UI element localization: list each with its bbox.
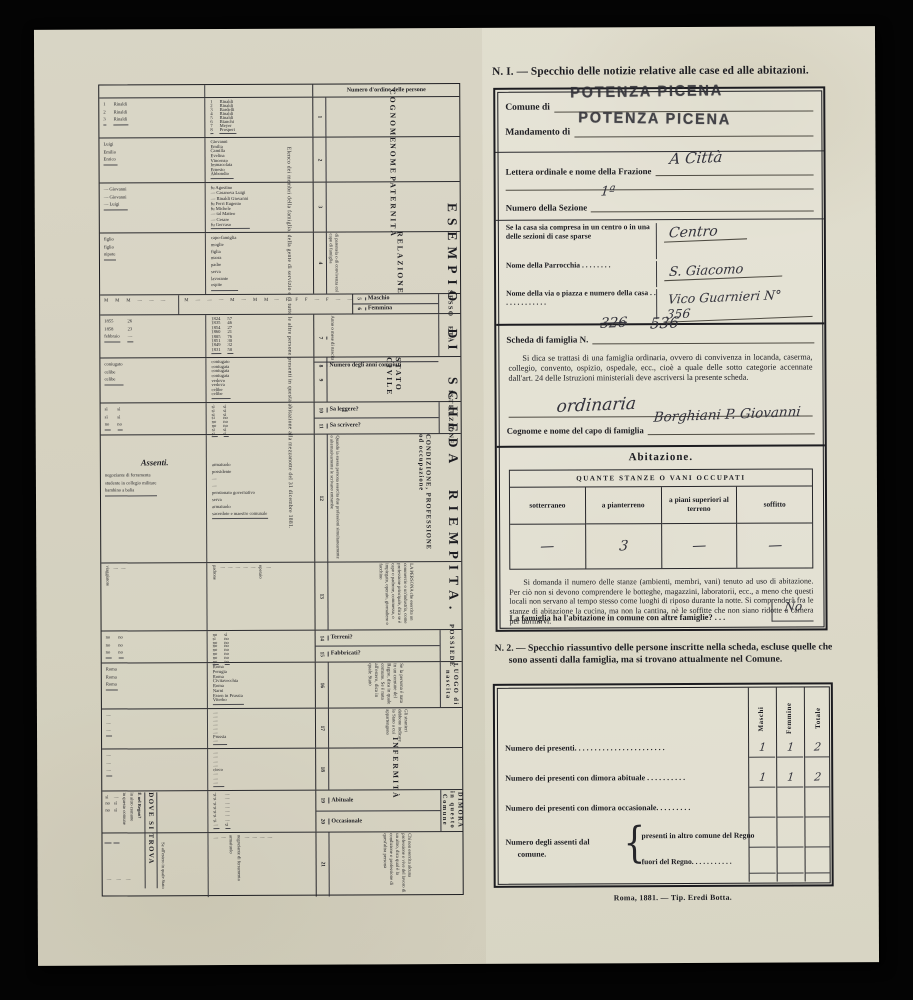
blank-line [506,188,814,190]
assenti-luogo_nascita: RomaRomaRoma [106,665,118,690]
members-zone: nosìnonononononosìnonononononono [208,631,316,662]
text: CONDIZIONE, PROFESSIONE od occupazione [417,434,432,561]
cell [777,830,803,847]
value: — [126,876,131,881]
value: 1858 [104,325,119,333]
members-sa_scrivere: sìsìsìnononosìsì [223,405,229,437]
sub-field-6: 6Femmina [353,303,438,313]
header-strip: 1COGNOME [313,97,459,137]
members-nome: GiovanniEmiliaCamillaEvelinaVincenzoImma… [210,140,233,179]
members-zone: ——armaiuolonegoziante di ferramenta———— [208,833,316,897]
value: — [149,297,154,302]
value: — [314,297,319,302]
value: — [121,565,126,570]
capo-line: Borghiani P. Giovanni [648,419,815,435]
field-label: NOME [326,137,459,182]
text: NOME [388,143,397,175]
value: no [106,634,111,642]
value: sì [114,801,119,806]
centro-value: Centro [664,222,748,242]
field-number: 11 [315,424,328,429]
members-zone: 12345678RinaldiRinaldiBardelliRinaldiRin… [205,98,313,137]
value: no [106,641,111,649]
field-number: 20 [316,819,329,824]
sub-field-7: 7Anno o mese di nascita [314,314,438,361]
field-sublabel: di parentela o di convivenza col capo di… [327,233,341,294]
dove-altro-values: —sìsì [113,792,120,843]
value: — [195,297,200,302]
field-number: 19 [316,798,329,803]
sezione-row: Numero della Sezione 1ª [506,196,814,212]
text: RELAZIONE [396,231,405,295]
value: armaiuolo [229,835,234,854]
assenti-infermita: ——— [106,752,112,777]
value: — [221,835,226,840]
members-zone: ————cieco——— [208,749,316,790]
value: Abbondio [211,172,233,177]
value: M [230,297,234,302]
capo-row: Cognome e nome del capo di famiglia Borg… [507,419,815,435]
mandamento-row: Mandamento di POTENZA PICENA [505,121,813,137]
value: nipote [104,250,116,258]
value: — [243,565,248,570]
assenti-zone [99,85,205,97]
value: — [106,712,111,720]
sub-field-5: 5Maschio [353,294,438,303]
value: sì [105,413,110,421]
col-header-totale: Totale [805,690,831,746]
value: fu Gervaso [211,222,249,227]
band-cognome: 123RinaldiRinaldiRinaldi12345678RinaldiR… [99,96,459,138]
assenti-femmina: ——— [137,297,165,302]
value: 26 [128,317,133,325]
assenti-sa_scrivere: sìsìno [117,405,123,430]
value: no [105,807,110,812]
field-number: 5 [353,298,366,301]
stanze-col-0: sotterraneo [510,487,585,524]
band-istruzione: sìsìnosìsìnosìsìsìsìnonosìsìsìsìsìnonono… [101,401,461,435]
assenti-maschio: MMM [104,297,130,302]
header-strip: 4di parentela o di convivenza col capo d… [314,232,460,294]
value: 3 [103,116,105,124]
value: figlio [104,243,116,251]
value: — [274,297,279,302]
text: Chi non esercita alcuna professione o vi… [381,833,412,895]
value: — [241,297,246,302]
row-assenti-label: Numero degli assenti dal [505,837,589,846]
value: no [105,421,110,429]
value: celibe [104,368,122,376]
members-anno_nascita: 18241835185418601805185118491831 [211,317,221,354]
value: M [184,297,188,302]
field-number: 21 [316,833,329,897]
assenti-anno_nascita: 18551858febbraio [104,317,120,342]
census-scan-1881: { "left_page": { "vertical_title": "ESEM… [0,0,913,1000]
scheda-label: Scheda di famiglia N. [506,334,588,344]
cell: 1 [749,741,775,758]
assenti-zone: sìsìnosìsìno [101,403,207,434]
dove-si-trova-block: sìnono—sìsìin questo comunein altro comu… [104,792,206,892]
members-stato_stranieri: ——————Prussia— [213,711,227,745]
row-assenti-label2: comune. [518,850,547,859]
members-capo_o_operaio: padrone—————operaio— [212,565,271,580]
categoria-value-wrap: ordinaria [557,395,637,415]
assenti-numbers: 123 [103,101,106,126]
field-number-text: 16 [319,682,325,687]
field-note: LA PERSONA che esercita un commercio o u… [328,562,461,630]
header-strip: 18INFERMITÀ [316,748,462,790]
members-professione_altrui: ——armaiuolonegoziante di ferramenta———— [213,835,272,881]
assenti-relazione: figliofiglionipote [104,235,117,260]
sub-field-label: Abituale [329,797,353,803]
section2-box: Maschi Femmine Totale Numero dei present… [493,682,834,887]
members-maschio: M———M—MM [184,297,268,302]
cell [749,801,775,818]
header-strip: 21Chi non esercita alcuna professione o … [316,832,462,897]
frazione-label: Lettera ordinale e nome della Frazione [506,166,652,177]
scheda-value: 536 [649,313,679,332]
cell [777,800,803,817]
header-strip: 3PATERNITÀ [314,182,460,232]
text: LA PERSONA che esercita un commercio o u… [376,563,413,628]
value: — [113,565,118,570]
cell: 1 [777,740,803,757]
value: — [251,565,256,570]
band-paternit-: — Giovanni— Giovanni— Luigifu Agostino— … [100,181,460,233]
members-paternita: fu Agostino— Casanova Luigi— Rinaldi Gio… [211,185,250,229]
sub-field-label: Anno o mese di nascita [327,315,335,362]
cell [750,857,776,874]
stanze-val-2: — [691,538,707,555]
value: M [253,297,257,302]
members-zone: RomaPerugiaRomaCivitavecchiaRomaNarniEss… [208,663,316,708]
value: Enrico [104,155,117,163]
field-number: 7 [314,337,327,340]
band-sesso: MMM———M———M—MM—FFF—F——5Maschio6FemminaSE… [100,293,460,315]
assenti-cognome: RinaldiRinaldiRinaldi [114,100,129,125]
members-zone: coniugatoconiugataconiugataconiugatavedo… [206,358,314,402]
value: — [207,297,212,302]
cell [749,831,775,848]
members-stato_civile: coniugatoconiugataconiugataconiugatavedo… [211,360,230,399]
abitazione-title: Abitazione. [497,450,825,463]
field-number-text: 19 [319,798,325,803]
field-number: 14 [316,635,329,640]
cell [805,800,829,817]
stanze-col-2: a piani superiori al terreno [661,487,736,524]
assenti-professione: negoziante di ferramentastudente in coll… [105,471,158,496]
field-label: PATERNITÀ [327,182,460,232]
sezione-value: 1ª [600,184,616,200]
parrocchia-row: Nome della Parrocchia . . . . . . . . S.… [506,260,814,287]
value: celibe [104,375,122,383]
centro-label: Se la casa sia compresa in un centro o i… [506,223,656,260]
dove-altro-label: in altro comune [129,792,135,852]
text: Se la persona è nata in un comune del Re… [365,663,403,706]
members-dimora_abituale: sìsìsìsìsìsìsì— [213,793,219,829]
header-strip: 13LA PERSONA che esercita un commercio o… [315,562,461,630]
assenti-sub1: presenti in altro comune del Regno [641,831,754,840]
vertical-page-title: ESEMPIO DI SCHEDA RIEMPITA. [444,203,463,783]
assenti-zone: 18551858febbraio2623— [100,315,206,357]
field-number: 2 [313,138,326,182]
divider-thick [497,444,825,447]
value: sì [225,823,230,827]
corner-header-text: Numero d'ordine delle persone [347,87,426,93]
section2-title: N. 2. — Specchio riassuntivo delle perso… [495,641,839,666]
comune-stamp: POTENZA PICENA [570,83,723,102]
value: — Luigi [104,200,127,208]
field-label: STATO CIVILE [327,357,460,402]
value: — [219,297,224,302]
categoria-value: ordinaria [556,394,637,417]
value: — [266,565,271,570]
via-value: Vico Guarnieri N° 356 [664,286,816,323]
value: 50 [228,348,233,352]
value: F [305,297,308,302]
field-number-text: 17 [319,725,325,730]
sezione-label: Numero della Sezione [506,202,587,212]
field-number-text: 1 [316,116,322,119]
value: — [235,565,240,570]
value: Rinaldi [114,115,128,123]
field-number: 1 [313,98,326,137]
field-number-text: 21 [320,862,326,867]
value: — Giovanni [104,193,127,201]
value: — [228,565,233,570]
sub-field-20: 20Occasionale [316,810,440,832]
cell [805,830,829,847]
assenti-paternita: — Giovanni— Giovanni— Luigi [104,185,128,210]
text: Quando la stessa persona esercita due pr… [329,436,341,561]
value: — [213,781,223,785]
field-number-text: 6 [356,308,362,311]
value: F [295,297,298,302]
value: M [264,297,268,302]
value: — [336,297,341,302]
assenti-stato_civile: coniugatocelibecelibe [104,360,123,385]
value: — [106,759,111,767]
header-strip: 12Quando la stessa persona esercita due … [315,434,462,562]
value: — [220,565,225,570]
field-label: INFERMITÀ [329,748,462,790]
assenti-anni_compiuti: 2623— [128,317,134,342]
members-fabbricati: sìnonononononono [224,633,230,665]
value: Viterbo [213,698,243,703]
value: M [104,298,108,303]
sub-field-label: Maschio [366,296,390,302]
sub-field-label: Occasionale [329,818,362,824]
value: — [267,835,272,840]
value: M [115,297,119,302]
assenti-sub2: fuori del Regno. . . . . . . . . . . [642,857,732,866]
value: febbraio [104,332,119,340]
value: — [260,835,265,840]
value: sì [114,807,119,812]
value: Rinaldi [114,108,128,116]
field-number-text: 10 [318,407,324,412]
value: Emilio [103,148,116,156]
value: Roma [106,680,117,688]
header-strip: 17Gli stranieri debbono indicare lo Stat… [316,708,462,748]
printer-imprint: Roma, 1881. — Tip. Eredi Botta. [614,893,732,903]
assenti-nome: LuigiEmilioEnrico [103,140,117,165]
assenti-fabbricati: nonono [118,633,124,658]
parrocchia-label: Nome della Parrocchia . . . . . . . . [506,261,656,288]
assenti-zone: — Giovanni— Giovanni— Luigi [100,183,206,232]
parrocchia-value-cell: S. Giacomo [656,260,814,287]
section1-title: N. I. — Specchio delle notizie relative … [492,64,838,78]
value: — Giovanni [104,185,127,193]
field-number-text: 12 [318,495,324,500]
value: 8 [210,128,212,132]
assenti-zone: viaggiatore—— [101,563,207,630]
cell [806,856,830,873]
value: — [347,296,352,301]
value: — [114,794,119,799]
members-zone [205,85,313,97]
sub-field-label: Terreni? [329,635,353,641]
members-zone: padrone—————operaio— [207,563,315,630]
value: Rinaldi [114,100,128,108]
cell: 1 [777,770,803,787]
assenti-zone: coniugatocelibecelibe [100,358,206,402]
members-zone: M———M—MM—FFF—F—— [179,294,352,314]
assenti-stato_stranieri: ——— [106,712,112,737]
value: — [137,297,142,302]
assenti-zone: MMM——— [100,295,179,314]
field-number-text: 11 [318,424,324,429]
value: — [213,739,226,743]
col-header-maschi: Maschi [748,691,774,747]
value: Roma [106,673,117,681]
mandamento-line: POTENZA PICENA [574,121,813,137]
field-number: 15 [316,651,329,656]
comune-label: Comune di [505,103,550,113]
cell: 2 [805,770,829,787]
field-number-text: 15 [319,651,325,656]
scheda-old-value: 326 [599,315,627,332]
corner-header: Numero d'ordine delle persone [313,84,459,97]
value: no [118,633,123,641]
value: — [161,297,166,302]
sezione-line: 1ª [591,196,814,212]
famiglie-value-cell: No [771,599,813,621]
centro-value-cell: Centro [656,222,814,259]
value: 23 [128,325,133,333]
stanze-val-1: 3 [618,538,629,554]
band-possiede: nononononononosìnonononononosìnonononono… [102,629,462,663]
value: F [326,297,329,302]
header-strip: Numero d'ordine delle persone [313,84,459,97]
members-zone: capo-famigliamogliefiglianuorapadreserva… [206,233,314,294]
sub-fields: 14Terreni?15Fabbricati? [316,630,440,662]
field-number: 6 [353,308,366,311]
field-number: 10 [315,407,328,412]
members-cognome: RinaldiRinaldiBardelliRinaldiRinaldiBian… [220,100,236,134]
members-zone: sìsìsìsìsìsìsì————————sì [208,791,316,832]
stanze-col-3: soffitto [737,486,812,523]
parrocchia-value: S. Giacomo [664,260,784,281]
dove-estero-values: ——— [107,876,131,881]
assenti-zone: LuigiEmilioEnrico [99,138,205,182]
value: 1855 [104,317,119,325]
example-table: Numero d'ordine delle persone123RinaldiR… [98,83,464,897]
capo-label: Cognome e nome del capo di famiglia [507,425,644,436]
value: — [213,823,218,827]
value: viaggiatore [105,566,110,587]
value: — [106,767,111,775]
value: sì [117,405,122,413]
sub-fields: 7Anno o mese di nascita8Numero degli ann… [314,314,438,357]
assenti-terreni: nonono [106,634,112,659]
value: no [106,649,111,657]
members-zone: GiovanniEmiliaCamillaEvelinaVincenzoImma… [205,138,313,182]
text: PATERNITÀ [389,176,398,238]
assenti-zone: 123RinaldiRinaldiRinaldi [99,98,205,137]
members-terreni: nosìnononononono [213,633,219,665]
value: ospite [211,282,237,289]
value: no [118,641,123,649]
header-strip: 16Se la persona è nata in un comune del … [316,662,462,708]
field-number-text: 3 [317,206,323,209]
categoria-note: Si dica se trattasi di una famiglia ordi… [508,352,812,383]
divider [495,150,823,152]
sub-field-label: Femmina [366,306,392,312]
header-strip: 10Sa leggere?11Sa scrivere?ISTRUZIONE [315,402,461,434]
famiglie-value: No [783,599,802,614]
value: — [245,835,250,840]
mandamento-label: Mandamento di [505,128,570,138]
field-number-text: 18 [319,766,325,771]
sub-field-label: Fabbricati? [329,651,361,657]
band-infermit-: ———————cieco———18INFERMITÀ [102,747,462,791]
assenti-capo_o_operaio: viaggiatore—— [105,565,125,586]
famiglie-label: La famiglia ha l'abitazione in comune co… [510,613,772,623]
field-number: 13 [315,563,328,630]
field-note: Quando la stessa persona esercita due pr… [328,434,389,561]
row-abituale-label: Numero dei presenti con dimora abituale … [505,773,685,783]
header-strip: 14Terreni?15Fabbricati?POSSIEDE [316,630,462,662]
sub-field-14: 14Terreni? [316,630,440,646]
cell: 1 [749,771,775,788]
field-number-text: 13 [318,593,324,598]
value: no [105,801,110,806]
via-label: Nome della via o piazza e numero della c… [506,289,656,320]
value: no [117,420,122,428]
header-strip: 2NOME [313,137,459,182]
field-label: COGNOME [326,97,459,137]
scheda-row: Scheda di famiglia N. 326 536 [506,328,814,344]
header-strip: 7Anno o mese di nascita8Numero degli ann… [314,314,460,357]
value: Roma [106,665,117,673]
dove-questo-label: in questo comune [121,792,127,852]
sub-field-11: 11Sa scrivere? [315,417,439,434]
value: coniugato [104,360,122,368]
sub-field-label: Sa leggere? [328,407,359,413]
value: sacerdote e maestro comunale [212,510,267,517]
members-infermita: ————cieco——— [213,751,224,787]
text: DIMORA in questo Comune [440,790,463,831]
band-se-la-persona-nata-in-un: RomaRomaRomaRomaPerugiaRomaCivitavecchia… [102,661,462,709]
field-number-text: 5 [356,298,362,301]
value: negoziante di ferramenta [237,835,242,881]
value: 1 [103,101,105,109]
field-number: 4 [314,233,327,294]
mandamento-stamp: POTENZA PICENA [578,110,731,129]
capo-value: Borghiani P. Giovanni [653,404,802,426]
value: sì [105,406,110,414]
